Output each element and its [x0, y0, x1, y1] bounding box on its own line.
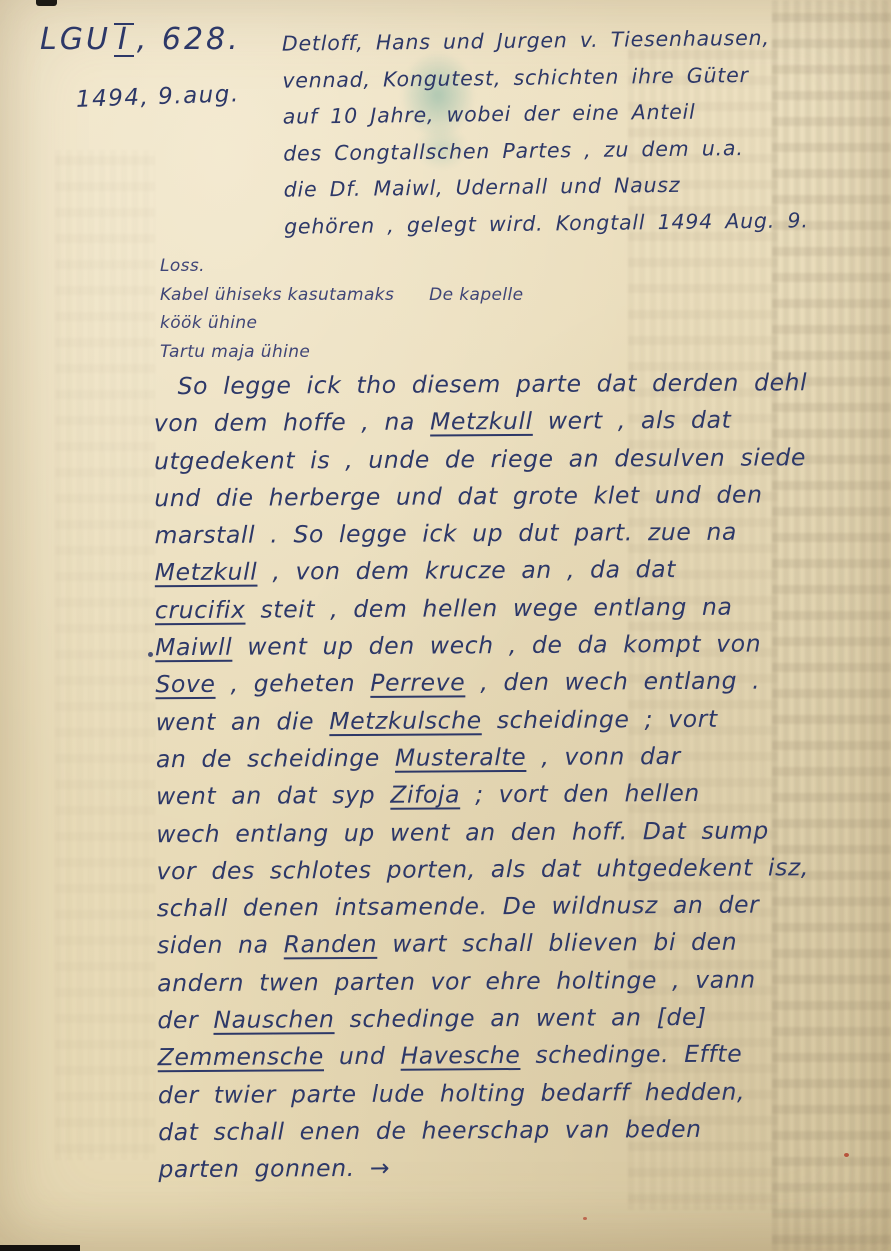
- text-segment: utgedekent is , unde de riege an desulve…: [154, 443, 806, 475]
- text-line: Metzkull , von dem krucze an , da dat: [155, 550, 879, 592]
- text-segment: an de scheidinge: [156, 744, 395, 773]
- text-segment: , von dem krucze an , da dat: [257, 556, 676, 587]
- text-line: Kabel ühiseks kasutamaks De kapelle: [160, 281, 523, 310]
- transcription-body: So legge ick tho diesem parte dat derden…: [154, 364, 883, 1189]
- text-segment: wert , als dat: [533, 406, 732, 435]
- underlined-place-name: Zifoja: [390, 781, 460, 809]
- underlined-place-name: Randen: [284, 930, 378, 959]
- text-line: parten gonnen. →: [158, 1147, 882, 1189]
- underlined-place-name: Nauschen: [213, 1005, 334, 1034]
- notes-block: Loss.Kabel ühiseks kasutamaks De kapelle…: [160, 252, 523, 366]
- text-segment: ; vort den hellen: [460, 779, 700, 808]
- text-line: wech entlang up went an den hoff. Dat su…: [156, 811, 880, 853]
- text-line: Sove , geheten Perreve , den wech entlan…: [155, 662, 879, 704]
- text-segment: , den wech entlang .: [465, 667, 760, 697]
- document-date: 1494, 9.aug.: [76, 81, 240, 113]
- underlined-place-name: crucifix: [155, 595, 246, 624]
- text-line: Loss.: [160, 252, 523, 281]
- text-segment: went an die: [156, 707, 330, 736]
- text-line: went an die Metzkulsche scheidinge ; vor…: [156, 699, 880, 741]
- text-line: siden na Randen wart schall blieven bi d…: [157, 923, 881, 965]
- scan-edge-mark-bottom: [0, 1245, 80, 1251]
- underlined-place-name: Zemmensche: [158, 1043, 324, 1072]
- underlined-place-name: Metzkulsche: [329, 706, 482, 735]
- text-segment: und die herberge und dat grote klet und …: [154, 480, 762, 512]
- text-line: Maiwll went up den wech , de da kompt vo…: [155, 625, 879, 667]
- archive-series: LGU: [40, 22, 111, 57]
- text-segment: , vonn dar: [526, 742, 681, 771]
- text-line: crucifix steit , dem hellen wege entlang…: [155, 588, 879, 630]
- text-line: dat schall enen de heerschap van beden: [158, 1110, 882, 1152]
- text-segment: siden na: [157, 931, 284, 960]
- typewriter-bleedthrough-texture: [55, 150, 155, 1160]
- text-segment: went an dat syp: [156, 781, 390, 810]
- text-line: andern twen parten vor ehre holtinge , v…: [157, 961, 881, 1003]
- text-line: utgedekent is , unde de riege an desulve…: [154, 438, 878, 480]
- text-segment: vor des schlotes porten, als dat uhtgede…: [156, 853, 809, 885]
- text-line: Zemmensche und Havesche schedinge. Effte: [158, 1035, 882, 1077]
- text-segment: andern twen parten vor ehre holtinge , v…: [157, 965, 756, 997]
- text-line: der Nauschen schedinge an went an [de]: [157, 998, 881, 1040]
- scan-edge-mark-top: [36, 0, 57, 6]
- text-segment: scheidinge ; vort: [482, 704, 718, 733]
- text-segment: , geheten: [215, 669, 370, 698]
- text-line: gehören , gelegt wird. Kongtall 1494 Aug…: [284, 201, 884, 245]
- underlined-place-name: Metzkull: [430, 407, 533, 436]
- text-segment: steit , dem hellen wege entlang na: [245, 592, 732, 623]
- text-segment: von dem hoffe , na: [154, 408, 430, 438]
- text-line: Tartu maja ühine: [160, 338, 523, 367]
- text-segment: So legge ick tho diesem parte dat derden…: [178, 368, 808, 400]
- text-segment: der: [157, 1006, 213, 1034]
- text-segment: marstall . So legge ick up dut part. zue…: [154, 518, 737, 550]
- text-line: schall denen intsamende. De wildnusz an …: [157, 886, 881, 928]
- text-segment: schall denen intsamende. De wildnusz an …: [157, 891, 760, 923]
- underlined-place-name: Metzkull: [155, 558, 258, 587]
- archive-reference: LGUI, 628.: [40, 22, 241, 57]
- underlined-place-name: Musteralte: [395, 743, 527, 772]
- text-line: und die herberge und dat grote klet und …: [154, 476, 878, 518]
- archive-number: , 628.: [137, 22, 241, 57]
- text-line: marstall . So legge ick up dut part. zue…: [154, 513, 878, 555]
- text-segment: went up den wech , de da kompt von: [232, 630, 761, 661]
- underlined-place-name: Havesche: [400, 1041, 520, 1070]
- text-line: von dem hoffe , na Metzkull wert , als d…: [154, 401, 878, 443]
- text-segment: dat schall enen de heerschap van beden: [158, 1115, 702, 1146]
- underlined-place-name: Perreve: [370, 669, 465, 698]
- text-line: So legge ick tho diesem parte dat derden…: [154, 364, 878, 406]
- text-line: an de scheidinge Musteralte , vonn dar: [156, 737, 880, 779]
- text-line: köök ühine: [160, 309, 523, 338]
- text-line: vor des schlotes porten, als dat uhtgede…: [156, 849, 880, 891]
- text-segment: schedinge an went an [de]: [334, 1003, 706, 1033]
- text-segment: der twier parte lude holting bedarff hed…: [158, 1077, 745, 1109]
- margin-dot: [148, 652, 153, 657]
- text-segment: wech entlang up went an den hoff. Dat su…: [156, 816, 769, 848]
- scanned-archive-card: LGUI, 628. 1494, 9.aug. Detloff, Hans un…: [0, 0, 891, 1251]
- text-segment: und: [324, 1042, 401, 1070]
- underlined-place-name: Sove: [155, 670, 215, 698]
- text-line: went an dat syp Zifoja ; vort den hellen: [156, 774, 880, 816]
- text-segment: parten gonnen. →: [158, 1154, 390, 1183]
- summary-paragraph: Detloff, Hans und Jurgen v. Tiesenhausen…: [282, 18, 885, 244]
- text-segment: schedinge. Effte: [520, 1040, 742, 1069]
- text-segment: wart schall blieven bi den: [377, 928, 737, 958]
- red-paper-speck: [583, 1217, 587, 1220]
- roman-numeral-volume: I: [114, 23, 134, 57]
- underlined-place-name: Maiwll: [155, 633, 232, 661]
- text-line: der twier parte lude holting bedarff hed…: [158, 1072, 882, 1114]
